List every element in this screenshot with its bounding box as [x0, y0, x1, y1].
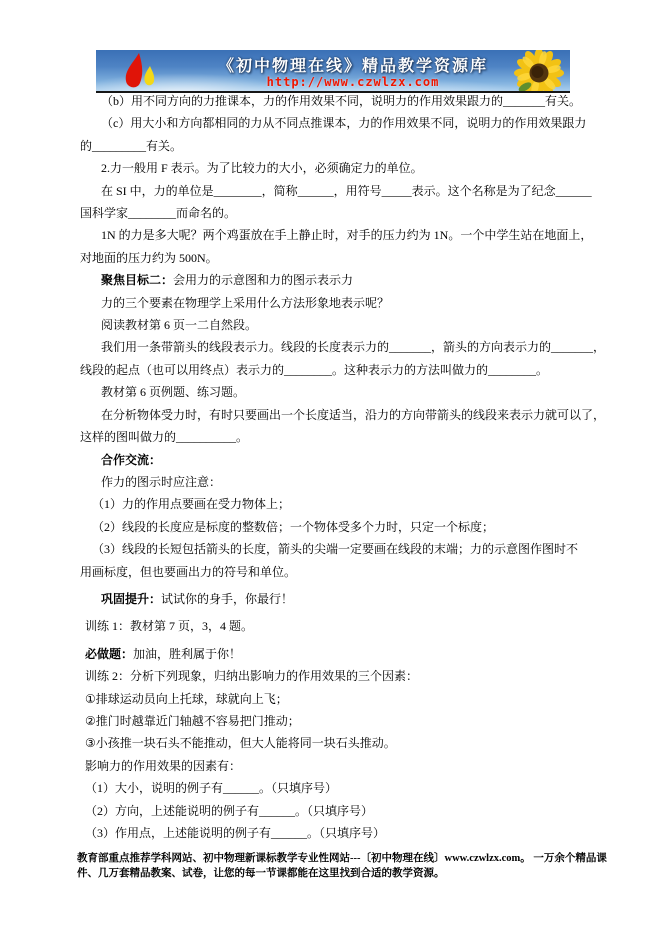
doc-line: 聚焦目标二：会用力的示意图和力的图示表示力 — [80, 269, 586, 291]
doc-line: （3）线段的长短包括箭头的长度，箭头的尖端一定要画在线段的末端；力的示意图作图时… — [80, 538, 586, 560]
doc-line: ①排球运动员向上托球，球就向上飞； — [80, 688, 586, 710]
doc-line: 训练 2：分析下列现象，归纳出影响力的作用效果的三个因素： — [80, 665, 586, 687]
doc-line: 阅读教材第 6 页一二自然段。 — [80, 314, 586, 336]
doc-line: 作力的图示时应注意： — [80, 471, 586, 493]
doc-line: 力的三个要素在物理学上采用什么方法形象地表示呢？ — [80, 292, 586, 314]
doc-line: 在分析物体受力时，有时只要画出一个长度适当，沿力的方向带箭头的线段来表示力就可以… — [80, 404, 586, 426]
doc-line: 合作交流： — [80, 449, 586, 471]
doc-line: 教材第 6 页例题、练习题。 — [80, 381, 586, 403]
doc-line: （b）用不同方向的力推课本，力的作用效果不同，说明力的作用效果跟力的______… — [80, 90, 586, 112]
doc-line: （3）作用点，上述能说明的例子有______。（只填序号） — [80, 822, 586, 844]
doc-line: 这样的图叫做力的__________。 — [80, 426, 586, 448]
doc-line: 用画标度，但也要画出力的符号和单位。 — [80, 561, 586, 583]
page-footer: 教育部重点推荐学科网站、初中物理新课标教学专业性网站---〔初中物理在线〕www… — [77, 851, 591, 881]
doc-line: 1N 的力是多大呢？两个鸡蛋放在手上静止时，对手的压力约为 1N。一个中学生站在… — [80, 224, 586, 246]
doc-line: （2）线段的长度应是标度的整数倍；一个物体受多个力时，只定一个标度； — [80, 516, 586, 538]
doc-line: 线段的起点（也可以用终点）表示力的________。这种表示力的方法叫做力的__… — [80, 359, 586, 381]
footer-line: 教育部重点推荐学科网站、初中物理新课标教学专业性网站---〔初中物理在线〕www… — [77, 851, 591, 866]
site-logo-flame-icon — [118, 52, 166, 92]
doc-line-heading: 聚焦目标二： — [101, 273, 173, 287]
site-banner: 《初中物理在线》精品教学资源库 http://www.czwlzx.com — [96, 50, 570, 93]
doc-line: 训练 1：教材第 7 页，3，4 题。 — [80, 615, 586, 637]
doc-line: （c）用大小和方向都相同的力从不同点推课本，力的作用效果不同，说明力的作用效果跟… — [80, 112, 586, 134]
document-page: 《初中物理在线》精品教学资源库 http://www.czwlzx.com — [0, 0, 661, 936]
doc-line: 影响力的作用效果的因素有： — [80, 755, 586, 777]
sunflower-icon — [510, 50, 568, 93]
footer-line: 件、几万套精品教案、试卷，让您的每一节课都能在这里找到合适的教学资源。 — [77, 866, 591, 881]
doc-line: 巩固提升：试试你的身手，你最行！ — [80, 588, 586, 610]
banner-text-block: 《初中物理在线》精品教学资源库 http://www.czwlzx.com — [216, 50, 490, 91]
doc-line: ③小孩推一块石头不能推动，但大人能将同一块石头推动。 — [80, 732, 586, 754]
doc-line: 2.力一般用 F 表示。为了比较力的大小，必须确定力的单位。 — [80, 157, 586, 179]
doc-line-heading: 合作交流： — [101, 453, 161, 467]
doc-line: 国科学家________而命名的。 — [80, 202, 586, 224]
banner-title: 《初中物理在线》精品教学资源库 — [218, 53, 488, 76]
doc-line: （1）大小，说明的例子有______。（只填序号） — [80, 777, 586, 799]
doc-line: 在 SI 中，力的单位是________，简称______，用符号_____表示… — [80, 180, 586, 202]
doc-line-heading: 必做题： — [85, 647, 133, 661]
doc-line: 我们用一条带箭头的线段表示力。线段的长度表示力的_______，箭头的方向表示力… — [80, 336, 586, 358]
doc-line: 必做题：加油，胜利属于你！ — [80, 643, 586, 665]
document-body: （b）用不同方向的力推课本，力的作用效果不同，说明力的作用效果跟力的______… — [80, 90, 586, 844]
doc-line: 对地面的压力约为 500N。 — [80, 247, 586, 269]
banner-url-link[interactable]: http://www.czwlzx.com — [267, 75, 440, 89]
doc-line: 的_________有关。 — [80, 135, 586, 157]
doc-line: （2）方向，上述能说明的例子有______。（只填序号） — [80, 800, 586, 822]
doc-line-heading: 巩固提升： — [101, 592, 161, 606]
doc-line: （1）力的作用点要画在受力物体上； — [80, 493, 586, 515]
doc-line: ②推门时越靠近门轴越不容易把门推动； — [80, 710, 586, 732]
